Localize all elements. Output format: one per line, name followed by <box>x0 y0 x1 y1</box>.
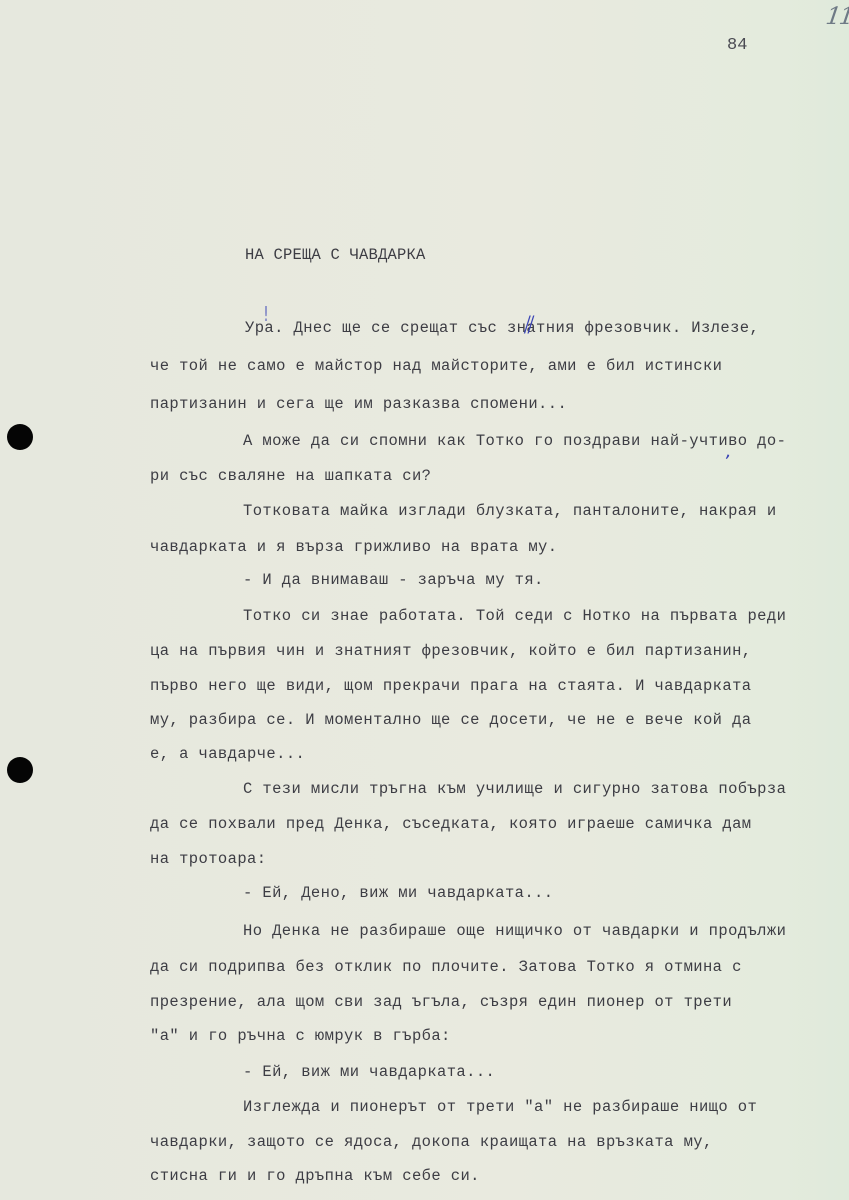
chapter-title: НА СРЕЩА С ЧАВДАРКА <box>245 246 426 264</box>
punch-hole-icon <box>7 424 33 450</box>
text-line: партизанин и сега ще им разказва спомени… <box>150 395 567 413</box>
page-number: 84 <box>727 36 747 55</box>
text-line: чавдарката и я върза грижливо на врата м… <box>150 538 557 556</box>
text-line: - Ей, виж ми чавдарката... <box>243 1063 495 1081</box>
handwritten-folio-number: 11 <box>824 2 849 30</box>
text-line: да се похвали пред Денка, съседката, коя… <box>150 815 752 833</box>
text-line: да си подрипва без отклик по плочите. За… <box>150 958 742 976</box>
text-line: стисна ги и го дръпна към себе си. <box>150 1167 480 1185</box>
text-line: чавдарки, защото се ядоса, докопа краища… <box>150 1133 713 1151</box>
text-line: ри със сваляне на шапката си? <box>150 467 431 485</box>
text-line: - И да внимаваш - заръча му тя. <box>243 571 544 589</box>
text-line: Тотковата майка изглади блузката, пантал… <box>243 502 777 520</box>
text-line: първо него ще види, щом прекрачи прага н… <box>150 677 752 695</box>
text-line: презрение, ала щом сви зад ъгъла, съзря … <box>150 993 732 1011</box>
text-line: е, а чавдарче... <box>150 745 305 763</box>
text-line: че той не само е майстор над майсторите,… <box>150 357 722 375</box>
text-line: ца на първия чин и знатният фрезовчик, к… <box>150 642 752 660</box>
handwritten-strike-mark: ⫽ <box>524 311 535 339</box>
text-line: Изглежда и пионерът от трети "а" не разб… <box>243 1098 757 1116</box>
punch-hole-icon <box>7 757 33 783</box>
text-line: А може да си спомни как Тотко го поздрав… <box>243 432 786 450</box>
handwritten-exclamation-mark: ! <box>264 302 268 326</box>
text-line: С тези мисли тръгна към училище и сигурн… <box>243 780 786 798</box>
text-line: му, разбира се. И моментално ще се досет… <box>150 711 752 729</box>
text-line: "а" и го ръчна с юмрук в гърба: <box>150 1027 451 1045</box>
text-line: Ура. Днес ще се срещат със знатния фрезо… <box>245 319 759 337</box>
text-line: - Ей, Дено, виж ми чавдарката... <box>243 884 553 902</box>
text-line: на тротоара: <box>150 850 266 868</box>
typewritten-page: 11 84 НА СРЕЩА С ЧАВДАРКА Ура. Днес ще с… <box>0 0 849 1200</box>
text-line: Но Денка не разбираше още нищичко от чав… <box>243 922 786 940</box>
text-line: Тотко си знае работата. Той седи с Нотко… <box>243 607 786 625</box>
